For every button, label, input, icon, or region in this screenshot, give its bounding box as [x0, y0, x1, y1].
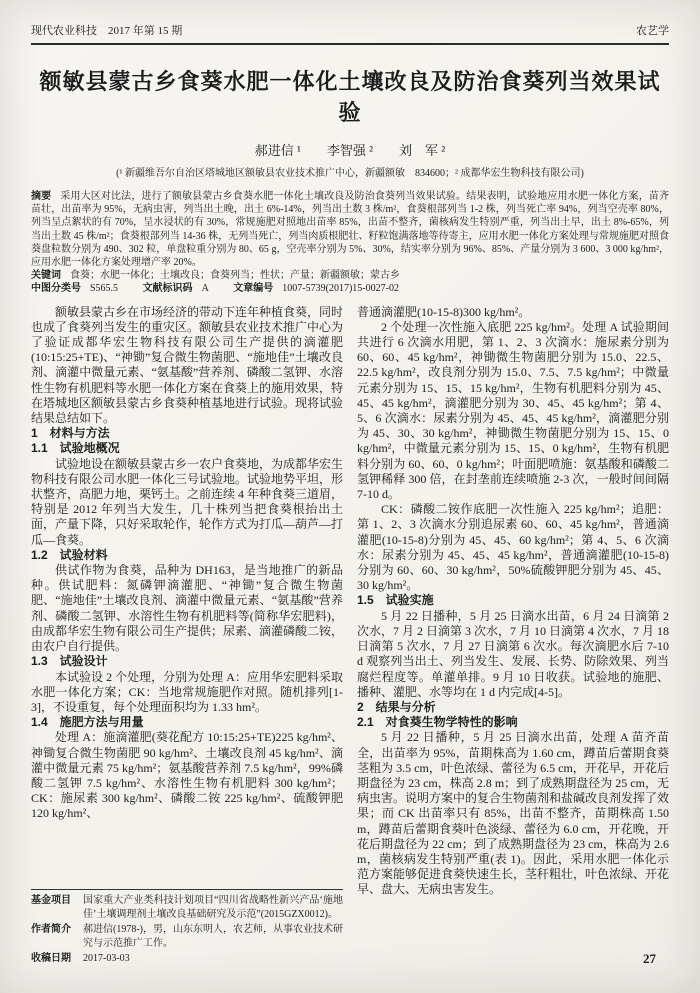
clc-label: 中图分类号	[31, 283, 81, 294]
footnote-text: 郝进信(1978-)，男，山东东明人，农艺师，从事农业技术研究与示范推广工作。	[83, 923, 343, 951]
authors-line: 郝进信 ¹ 李智强 ² 刘 军 ²	[31, 140, 669, 159]
abstract-label: 摘要	[31, 191, 51, 202]
footnote-text: 2017-03-03	[83, 952, 343, 966]
body-paragraph: 2 个处理一次性施入底肥 225 kg/hm²。处理 A 试验期间共进行 6 次…	[357, 320, 669, 502]
body-left-column: 额敏县蒙古乡在市场经济的带动下连年种植食葵，同时也成了食葵列当发生的重灾区。额敏…	[31, 305, 343, 967]
body-paragraph: 试验地设在额敏县蒙古乡一农户食葵地，为成都华宏生物科技有限公司水肥一体化三号试验…	[31, 457, 343, 548]
page-header: 现代农业科技 2017 年第 15 期 农艺学	[31, 22, 669, 45]
body-paragraph: 5 月 22 日播种，5 月 25 日滴水出苗，处理 A 苗齐苗全，出苗率为 9…	[357, 730, 669, 897]
section-heading: 1.1 试验地概况	[31, 441, 343, 456]
section-heading: 1.2 试验材料	[31, 548, 343, 563]
footnote-row: 作者简介郝进信(1978-)，男，山东东明人，农艺师，从事农业技术研究与示范推广…	[31, 923, 343, 951]
footnote-row: 收稿日期2017-03-03	[31, 952, 343, 966]
body-paragraph: 供试作物为食葵，品种为 DH163，是当地推广的新品种。供试肥料：氮磷钾滴灌肥、…	[31, 563, 343, 654]
abstract-block: 摘要采用大区对比法，进行了额敏县蒙古乡食葵水肥一体化土壤改良及防治食葵列当效果试…	[31, 190, 669, 296]
doc-code-value: A	[202, 283, 209, 294]
clc-value: S565.5	[90, 283, 118, 294]
paper-title: 额敏县蒙古乡食葵水肥一体化土壤改良及防治食葵列当效果试验	[31, 65, 669, 127]
footnote-label: 收稿日期	[31, 952, 83, 966]
section-heading: 1.5 试验实施	[357, 593, 669, 608]
section-heading: 1.3 试验设计	[31, 654, 343, 669]
body-paragraph: 本试验设 2 个处理，分别为处理 A：应用华宏肥料采取水肥一体化方案；CK：当地…	[31, 670, 343, 716]
doc-code-label: 文献标识码	[143, 283, 193, 294]
journal-section-name: 农艺学	[636, 22, 669, 38]
footnote-block: 基金项目国家重大产业类科技计划项目“四川省战略性新兴产品‘施地佳’土壤调理剂土壤…	[31, 889, 343, 967]
body-paragraph: CK：磷酸二铵作底肥一次性施入 225 kg/hm²；追肥：第 1、2、3 次滴…	[357, 502, 669, 593]
page-number: 27	[643, 951, 656, 967]
body-columns: 额敏县蒙古乡在市场经济的带动下连年种植食葵，同时也成了食葵列当发生的重灾区。额敏…	[31, 305, 669, 967]
body-paragraph: 普通滴灌肥(10-15-8)300 kg/hm²。	[357, 305, 669, 320]
section-heading: 1.4 施肥方法与用量	[31, 715, 343, 730]
body-paragraph: 处理 A：施滴灌肥(葵花配方 10:15:25+TE)225 kg/hm²、神锄…	[31, 730, 343, 821]
footnote-row: 基金项目国家重大产业类科技计划项目“四川省战略性新兴产品‘施地佳’土壤调理剂土壤…	[31, 894, 343, 922]
body-paragraph: 额敏县蒙古乡在市场经济的带动下连年种植食葵，同时也成了食葵列当发生的重灾区。额敏…	[31, 305, 343, 427]
journal-page: 现代农业科技 2017 年第 15 期 农艺学 额敏县蒙古乡食葵水肥一体化土壤改…	[0, 0, 700, 993]
article-id-value: 1007-5739(2017)15-0027-02	[282, 283, 399, 294]
abstract-text: 采用大区对比法，进行了额敏县蒙古乡食葵水肥一体化土壤改良及防治食葵列当效果试验。…	[31, 191, 669, 268]
body-right-column: 普通滴灌肥(10-15-8)300 kg/hm²。2 个处理一次性施入底肥 22…	[357, 305, 669, 967]
footnote-text: 国家重大产业类科技计划项目“四川省战略性新兴产品‘施地佳’土壤调理剂土壤改良基础…	[83, 894, 343, 922]
article-id-label: 文章编号	[233, 283, 273, 294]
keywords-text: 食葵；水肥一体化；土壤改良；食葵列当；性状；产量；新疆额敏；蒙古乡	[70, 270, 400, 281]
abstract-paragraph: 摘要采用大区对比法，进行了额敏县蒙古乡食葵水肥一体化土壤改良及防治食葵列当效果试…	[31, 190, 669, 269]
body-paragraph: 5 月 22 日播种，5 月 25 日滴水出苗，6 月 24 日滴第 2 次水，…	[357, 609, 669, 700]
footnote-label: 作者简介	[31, 923, 83, 951]
section-heading: 2 结果与分析	[357, 700, 669, 715]
keywords-line: 关键词食葵；水肥一体化；土壤改良；食葵列当；性状；产量；新疆额敏；蒙古乡	[31, 269, 669, 282]
journal-name: 现代农业科技 2017 年第 15 期	[31, 22, 182, 38]
section-heading: 2.1 对食葵生物学特性的影响	[357, 715, 669, 730]
affiliation-line: (¹ 新疆维吾尔自治区塔城地区额敏县农业技术推广中心，新疆额敏 834600；²…	[31, 164, 669, 179]
keywords-label: 关键词	[31, 270, 61, 281]
section-heading: 1 材料与方法	[31, 426, 343, 441]
classification-line: 中图分类号S565.5 文献标识码A 文章编号1007-5739(2017)15…	[31, 282, 669, 295]
footnote-label: 基金项目	[31, 894, 83, 922]
